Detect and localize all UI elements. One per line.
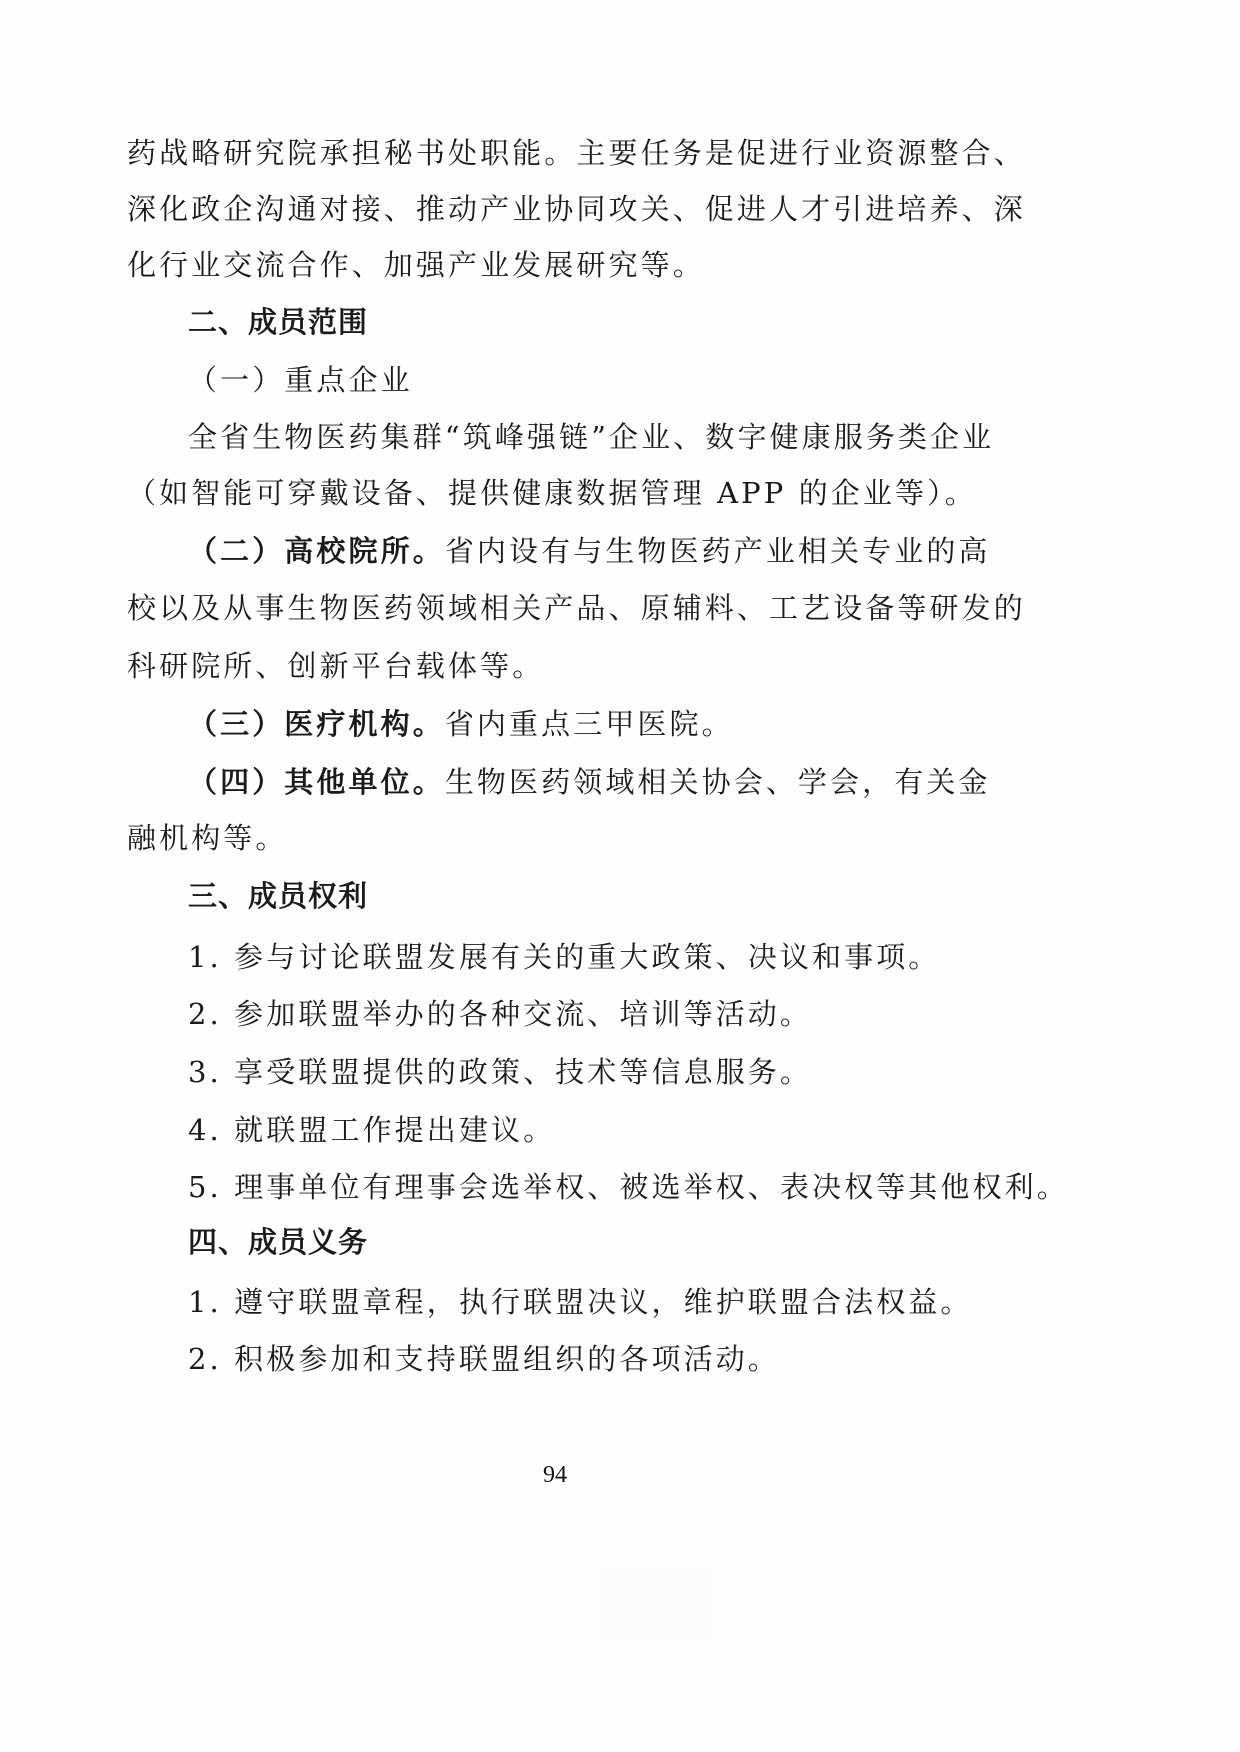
- list-item: 2. 参加联盟举办的各种交流、培训等活动。: [188, 994, 1058, 1034]
- paragraph-text: 省内设有与生物医药产业相关专业的高: [445, 534, 991, 568]
- body-line: 融机构等。: [127, 818, 997, 858]
- paragraph-text: 省内重点三甲医院。: [445, 707, 734, 741]
- body-line: 深化政企沟通对接、推动产业协同攻关、促进人才引进培养、深: [127, 189, 997, 229]
- paragraph-text: 生物医药领域相关协会、学会，有关金: [445, 765, 991, 799]
- labeled-paragraph-medical: （三）医疗机构。省内重点三甲医院。: [188, 704, 1058, 744]
- section-heading-member-scope: 二、成员范围: [188, 302, 1058, 342]
- body-line: 校以及从事生物医药领域相关产品、原辅料、工艺设备等研发的: [127, 588, 997, 628]
- section-heading-member-rights: 三、成员权利: [188, 876, 1058, 916]
- scan-artifact: [600, 1567, 712, 1639]
- paragraph-label: （二）高校院所。: [188, 534, 445, 568]
- list-item: 1. 遵守联盟章程，执行联盟决议，维护联盟合法权益。: [188, 1282, 1058, 1322]
- body-line: 药战略研究院承担秘书处职能。主要任务是促进行业资源整合、: [127, 133, 997, 173]
- list-item: 1. 参与讨论联盟发展有关的重大政策、决议和事项。: [188, 937, 1058, 977]
- subsection-heading-key-enterprises: （一）重点企业: [188, 360, 1058, 400]
- body-line: （如智能可穿戴设备、提供健康数据管理 APP 的企业等）。: [127, 473, 997, 513]
- page-number: 94: [0, 1462, 1110, 1489]
- list-item: 3. 享受联盟提供的政策、技术等信息服务。: [188, 1052, 1058, 1092]
- document-page: 药战略研究院承担秘书处职能。主要任务是促进行业资源整合、 深化政企沟通对接、推动…: [0, 0, 1240, 1752]
- labeled-paragraph-other: （四）其他单位。生物医药领域相关协会、学会，有关金: [188, 762, 1058, 802]
- body-line: 化行业交流合作、加强产业发展研究等。: [127, 245, 997, 285]
- paragraph-label: （三）医疗机构。: [188, 707, 445, 741]
- body-line: 科研院所、创新平台载体等。: [127, 646, 997, 686]
- list-item: 4. 就联盟工作提出建议。: [188, 1110, 1058, 1150]
- body-line: 全省生物医药集群“筑峰强链”企业、数字健康服务类企业: [188, 417, 1058, 457]
- list-item: 5. 理事单位有理事会选举权、被选举权、表决权等其他权利。: [188, 1167, 1058, 1207]
- paragraph-label: （四）其他单位。: [188, 765, 445, 799]
- section-heading-member-obligations: 四、成员义务: [188, 1222, 1058, 1262]
- list-item: 2. 积极参加和支持联盟组织的各项活动。: [188, 1339, 1058, 1379]
- labeled-paragraph-universities: （二）高校院所。省内设有与生物医药产业相关专业的高: [188, 531, 1058, 571]
